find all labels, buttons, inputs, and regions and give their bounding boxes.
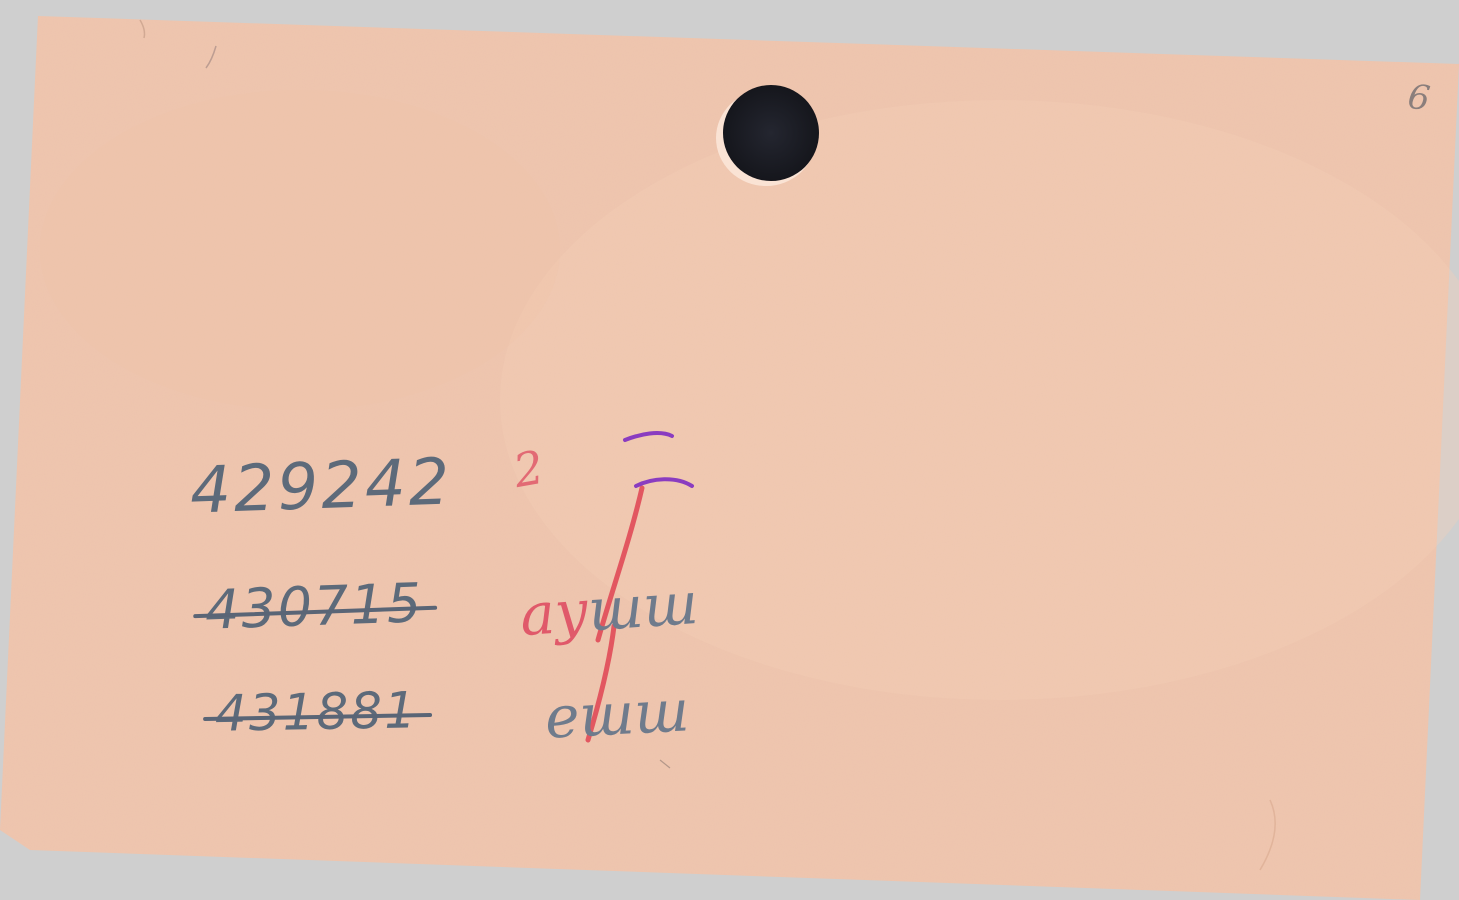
entry-2-suffix-red: ау: [518, 577, 591, 650]
entry-2-suffix: аушш: [518, 569, 700, 649]
entry-number-1: 429242: [189, 445, 454, 528]
entry-number-3: 431881: [215, 681, 419, 743]
entry-number-3-struck: 431881: [215, 681, 419, 743]
entry-number-2: 430715: [204, 571, 424, 642]
entry-3-suffix-pencil: ешш: [543, 676, 691, 751]
entry-number-2-struck: 430715: [204, 571, 424, 642]
entry-2-suffix-pencil: шш: [586, 569, 700, 644]
entry-number-1-text: 429242: [189, 445, 454, 528]
entry-3-suffix: ешш: [543, 676, 691, 751]
index-card: 6 429242 2 430715 аушш 431881 ешш: [0, 0, 1459, 900]
punch-hole: [723, 85, 819, 181]
card-paper: [0, 0, 1459, 900]
